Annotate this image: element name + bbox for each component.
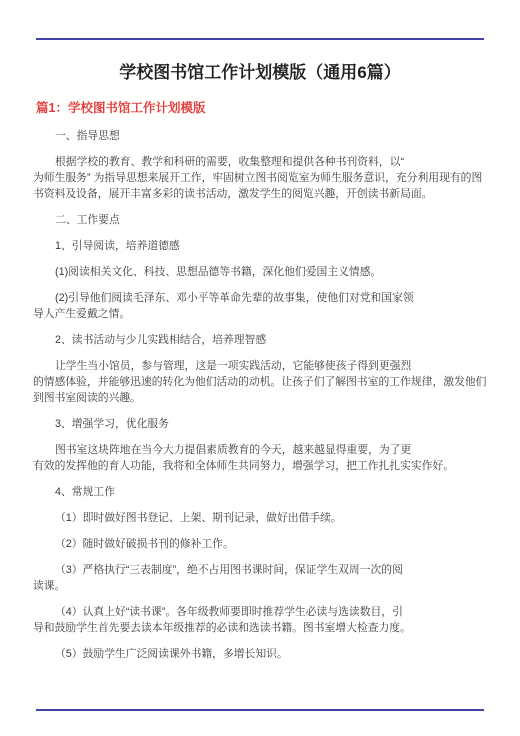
- top-divider-line: [36, 38, 484, 40]
- doc-paragraph: 让学生当小馆员，参与管理，这是一项实践活动，它能够使孩子得到更强烈 的情感体验，…: [33, 358, 493, 406]
- section-heading: 篇1：学校图书馆工作计划模版: [36, 99, 484, 117]
- doc-list-item: 2、读书活动与少儿实践相结合，培养理智感: [33, 332, 493, 348]
- document-page: 学校图书馆工作计划模版（通用6篇） 篇1：学校图书馆工作计划模版 一、指导思想 …: [0, 0, 520, 736]
- doc-sub-item: （2）随时做好破损书刊的修补工作。: [33, 536, 493, 552]
- doc-sub-item: （4）认真上好“读书课”。各年级教师要即时推荐学生必读与选读数目，引 导和鼓励学…: [33, 604, 493, 636]
- document-body: 一、指导思想 根据学校的教育、教学和科研的需要，收集整理和提供各种书刊资料，以“…: [33, 128, 493, 662]
- doc-paragraph: 图书室这块阵地在当今大力提倡素质教育的今天，越来越显得重要，为了更 有效的发挥他…: [33, 442, 493, 474]
- doc-list-item: 3、增强学习，优化服务: [33, 416, 493, 432]
- bottom-divider-line: [36, 709, 484, 711]
- doc-sub-item: （5）鼓励学生广泛阅读课外书籍，多增长知识。: [33, 646, 493, 662]
- doc-sub-item: (2)引导他们阅读毛泽东、邓小平等革命先辈的故事集，使他们对党和国家领 导人产生…: [33, 290, 493, 322]
- doc-sub-item: (1)阅读相关文化、科技、思想品德等书籍，深化他们爱国主义情感。: [33, 264, 493, 280]
- doc-list-item: 4、常规工作: [33, 484, 493, 500]
- doc-subheading: 二、工作要点: [33, 212, 493, 228]
- doc-paragraph: 根据学校的教育、教学和科研的需要，收集整理和提供各种书刊资料，以“ 为师生服务”…: [33, 154, 493, 202]
- doc-list-item: 1、引导阅读，培养道德感: [33, 238, 493, 254]
- doc-subheading: 一、指导思想: [33, 128, 493, 144]
- doc-sub-item: （3）严格执行“三表制度”，绝不占用图书课时间，保证学生双周一次的阅 读课。: [33, 562, 493, 594]
- doc-sub-item: （1）即时做好图书登记、上架、期刊记录，做好出借手续。: [33, 510, 493, 526]
- page-title: 学校图书馆工作计划模版（通用6篇）: [0, 0, 520, 86]
